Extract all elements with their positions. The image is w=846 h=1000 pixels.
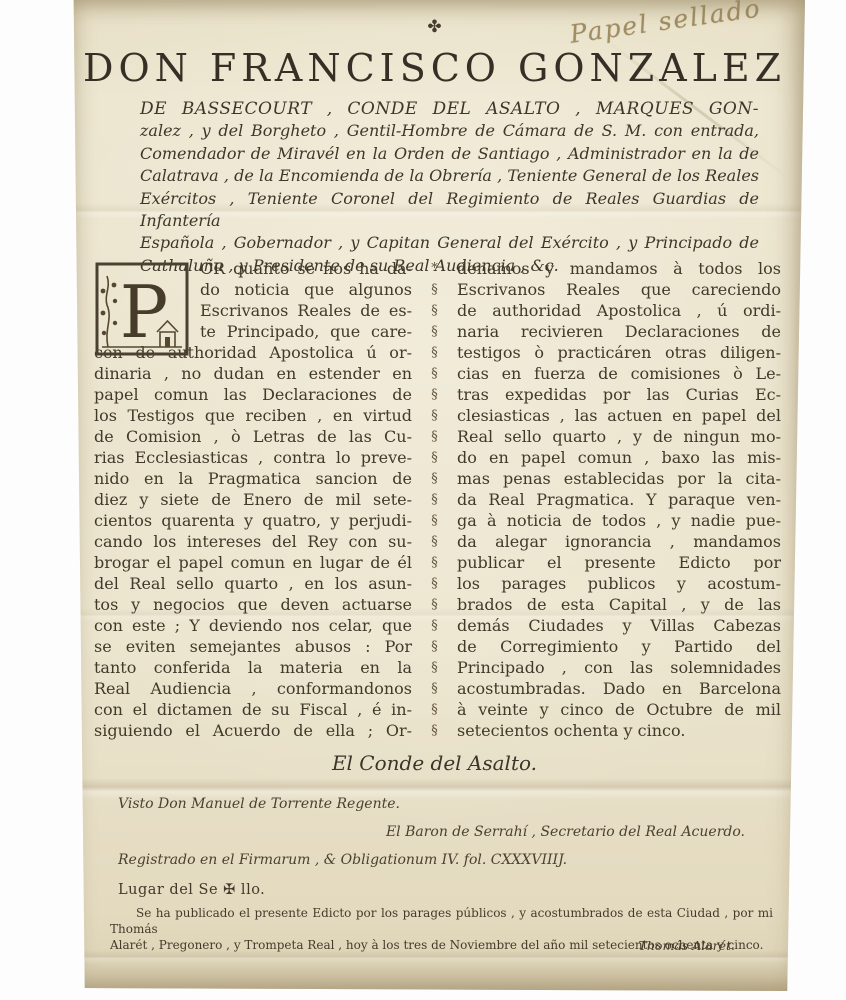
text-line: Calatrava , de la Encomienda de la Obrer… [140, 165, 759, 187]
text-line: brados de esta Capital , y de las [457, 594, 781, 615]
text-line: con el dictamen de su Fiscal , é in- [94, 699, 412, 720]
text-line: Se ha publicado el presente Edicto por l… [110, 905, 773, 937]
document-paper: ✤ Papel sellado DON FRANCISCO GONZALEZ D… [64, 0, 805, 991]
signature-line: El Conde del Asalto. [64, 751, 805, 775]
registration-line: Registrado en el Firmarum , & Obligation… [118, 852, 567, 868]
text-line: mas penas establecidas por la cita- [457, 468, 781, 489]
column-divider-ornament: * § § § § § § § § § § § § § § § § § § § … [423, 258, 447, 741]
text-line: diez y siete de Enero de mil sete- [94, 489, 412, 510]
text-line: cias en fuerza de comisiones ò Le- [457, 363, 781, 384]
drop-cap-woodcut: P [94, 261, 190, 357]
text-line: se eviten semejantes abusos : Por [94, 636, 412, 657]
document-title: DON FRANCISCO GONZALEZ [64, 46, 805, 90]
text-line: Española , Gobernador , y Capitan Genera… [140, 232, 759, 254]
text-line: publicar el presente Edicto por [457, 552, 781, 573]
text-line: da alegar ignorancia , mandamos [457, 531, 781, 552]
text-line: DE BASSECOURT , CONDE DEL ASALTO , MARQU… [140, 98, 759, 120]
text-line: nido en la Pragmatica sancion de [94, 468, 412, 489]
text-line: siguiendo el Acuerdo de ella ; Or- [94, 720, 412, 741]
text-line: Real sello quarto , y de ningun mo- [457, 426, 781, 447]
text-line: papel comun las Declaraciones de [94, 384, 412, 405]
text-line: con este ; Y deviendo nos celar, que [94, 615, 412, 636]
text-line: da Real Pragmatica. Y paraque ven- [457, 489, 781, 510]
secretary-line: El Baron de Serrahí , Secretario del Rea… [386, 824, 745, 840]
drop-cap-letter: P [120, 270, 168, 354]
text-line: naria recivieren Declaraciones de [457, 321, 781, 342]
seal-place-line: Lugar del Se ✠ llo. [118, 882, 265, 898]
text-line: setecientos ochenta y cinco. [457, 720, 781, 741]
text-line: denamos y mandamos à todos los [457, 258, 781, 279]
text-line: de Corregimiento y Partido del [457, 636, 781, 657]
text-line: rias Ecclesiasticas , contra lo preve- [94, 447, 412, 468]
body-left-column: P OR quanto se nos ha da-do noticia que … [94, 258, 412, 741]
text-line: cando los intereses del Rey con su- [94, 531, 412, 552]
document-subtitle: DE BASSECOURT , CONDE DEL ASALTO , MARQU… [140, 98, 759, 277]
text-line: del Real sello quarto , en los asun- [94, 573, 412, 594]
text-line: zalez , y del Borgheto , Gentil-Hombre d… [140, 120, 759, 142]
text-line: Escrivanos Reales que careciendo [457, 279, 781, 300]
text-line: do en papel comun , baxo las mis- [457, 447, 781, 468]
text-line: Exércitos , Teniente Coronel del Regimie… [140, 188, 759, 233]
text-line: de Comision , ò Letras de las Cu- [94, 426, 412, 447]
visto-line: Visto Don Manuel de Torrente Regente. [118, 796, 400, 812]
body-columns: P OR quanto se nos ha da-do noticia que … [94, 258, 781, 741]
text-line: demás Ciudades y Villas Cabezas [457, 615, 781, 636]
text-line: cientos quarenta y quatro, y perjudi- [94, 510, 412, 531]
text-line: Principado , con las solemnidades [457, 657, 781, 678]
text-line: dinaria , no dudan en estender en [94, 363, 412, 384]
text-line: clesiasticas , las actuen en papel del [457, 405, 781, 426]
text-line: tos y negocios que deven actuarse [94, 594, 412, 615]
text-line: acostumbradas. Dado en Barcelona [457, 678, 781, 699]
body-right-column: denamos y mandamos à todos losEscrivanos… [457, 258, 781, 741]
text-line: testigos ò practicáren otras diligen- [457, 342, 781, 363]
text-line: tanto conferida la materia en la [94, 657, 412, 678]
text-line: à veinte y cinco de Octubre de mil [457, 699, 781, 720]
text-line: brogar el papel comun en lugar de él [94, 552, 412, 573]
publication-signature: Thomás Alarét. [639, 938, 735, 953]
text-line: Real Audiencia , conformandonos [94, 678, 412, 699]
text-line: ga à noticia de todos , y nadie pue- [457, 510, 781, 531]
text-line: los parages publicos y acostum- [457, 573, 781, 594]
text-line: tras expedidas por las Curias Ec- [457, 384, 781, 405]
text-line: Comendador de Miravél en la Orden de San… [140, 143, 759, 165]
text-line: los Testigos que reciben , en virtud [94, 405, 412, 426]
text-line: de authoridad Apostolica , ú ordi- [457, 300, 781, 321]
